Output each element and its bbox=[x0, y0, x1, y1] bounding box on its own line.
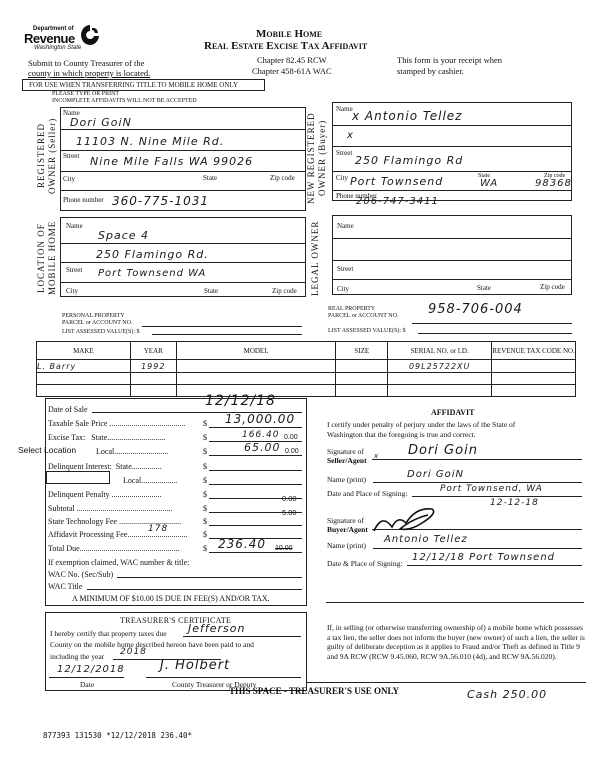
seller-label-line1: REGISTERED bbox=[36, 124, 46, 189]
treasurer-use-only: THIS SPACE - TREASURER'S USE ONLY bbox=[229, 686, 399, 696]
excise-local-value: 65.00 bbox=[244, 441, 281, 454]
exemption-label: If exemption claimed, WAC number & title… bbox=[48, 558, 189, 567]
seller-name-print: Dori GoiN bbox=[407, 469, 464, 480]
legal-owner-section-label: LEGAL OWNER bbox=[310, 218, 330, 298]
submit-note-2: county in which property is located. bbox=[28, 68, 150, 78]
treasurer-year: 2018 bbox=[120, 647, 147, 657]
total-due-label: Total Due...............................… bbox=[48, 544, 180, 553]
treasurer-line3: including the year bbox=[50, 652, 104, 661]
logo-washington-state: Washington State bbox=[34, 45, 81, 51]
col-serial: SERIAL NO. or I.D. bbox=[388, 342, 492, 360]
location-section-label: LOCATION OF MOBILE HOME bbox=[36, 218, 60, 298]
personal-assessed-label: LIST ASSESSED VALUE(S): $ bbox=[62, 329, 140, 335]
col-size: SIZE bbox=[336, 342, 388, 360]
buyer-street-field[interactable]: 250 Flamingo Rd bbox=[355, 154, 463, 167]
col-model: MODEL bbox=[176, 342, 336, 360]
buyer-name-field[interactable]: x Antonio Tellez bbox=[352, 109, 462, 123]
wac-title-label: WAC Title bbox=[48, 582, 82, 591]
receipt-stamp: 877393 131530 *12/12/2018 236.40* bbox=[43, 731, 192, 740]
buyer-name-label: Name bbox=[336, 105, 353, 113]
seller-city-label: City bbox=[63, 175, 75, 183]
delinquent-penalty-label: Delinquent Penalty .....................… bbox=[48, 490, 162, 499]
cell-make[interactable] bbox=[37, 373, 131, 385]
form-title-line2: Real Estate Excise Tax Affidavit bbox=[204, 40, 367, 52]
seller-zip-label: Zip code bbox=[270, 174, 295, 182]
chapter-wac: Chapter 458-61A WAC bbox=[252, 66, 332, 76]
buyer-sig-label: Signature of Buyer/Agent bbox=[327, 516, 368, 534]
legal-city-label: City bbox=[337, 285, 349, 293]
cell-size[interactable] bbox=[336, 373, 388, 385]
logo-revenue: Revenue bbox=[24, 31, 75, 46]
chapter-rcw: Chapter 82.45 RCW bbox=[257, 55, 327, 65]
cell-serial[interactable] bbox=[388, 373, 492, 385]
table-row: L. Barry 1992 09L25722XU bbox=[37, 360, 576, 373]
location-address-field[interactable]: 250 Flamingo Rd. bbox=[96, 248, 209, 261]
date-of-sale-value: 12/12/18 bbox=[205, 393, 276, 409]
treasurer-signature: J. Holbert bbox=[160, 658, 230, 673]
real-property-label: REAL PROPERTY PARCEL or ACCOUNT NO. bbox=[328, 306, 398, 320]
location-street-label: Street bbox=[66, 266, 82, 274]
transfer-banner: FOR USE WHEN TRANSFERRING TITLE TO MOBIL… bbox=[22, 79, 265, 91]
cell-year[interactable] bbox=[130, 373, 176, 385]
legal-name-label: Name bbox=[337, 222, 354, 230]
table-row bbox=[37, 385, 576, 397]
delinquent-local-label: Local.................. bbox=[123, 476, 177, 485]
location-city-label: City bbox=[66, 287, 78, 295]
excise-local-label: Local........................... bbox=[96, 447, 168, 456]
personal-assessed-field[interactable] bbox=[152, 327, 302, 335]
cell-tax-code[interactable] bbox=[492, 385, 576, 397]
personal-property-label: PERSONAL PROPERTY PARCEL or ACCOUNT NO. bbox=[62, 313, 132, 327]
seller-section-label: REGISTERED OWNER (Seller) bbox=[36, 106, 60, 206]
buyer-name2-field[interactable]: x bbox=[347, 130, 354, 141]
buyer-zip-field[interactable]: 98368 bbox=[535, 178, 572, 189]
col-tax-code: REVENUE TAX CODE NO. bbox=[492, 342, 576, 360]
seller-name-field[interactable]: Dori GoiN bbox=[70, 116, 132, 129]
cell-serial[interactable] bbox=[388, 385, 492, 397]
delinquent-interest-state-field[interactable] bbox=[209, 461, 302, 471]
wave-logo-icon bbox=[80, 24, 100, 46]
cell-make[interactable]: L. Barry bbox=[37, 360, 131, 373]
seller-date-place-label: Date and Place of Signing: bbox=[327, 489, 407, 498]
seller-state-label: State bbox=[203, 174, 217, 182]
buyer-name-print-label: Name (print) bbox=[327, 541, 366, 550]
submit-note-1: Submit to County Treasurer of the bbox=[28, 58, 144, 68]
excise-local-printed: 0.00 bbox=[285, 448, 299, 455]
seller-signature: Dori Goin bbox=[408, 443, 478, 458]
seller-address-field[interactable]: 11103 N. Nine Mile Rd. bbox=[76, 135, 224, 148]
cell-year[interactable] bbox=[130, 385, 176, 397]
seller-phone-label: Phone number bbox=[63, 196, 104, 204]
excise-state-value: 166.40 bbox=[242, 430, 280, 440]
taxable-price-label: Taxable Sale Price .....................… bbox=[48, 419, 185, 428]
buyer-date-place-label: Date & Place of Signing: bbox=[327, 559, 402, 568]
seller-place: Port Townsend, WA bbox=[440, 484, 543, 494]
cell-tax-code[interactable] bbox=[492, 373, 576, 385]
seller-name-print-field[interactable] bbox=[373, 473, 582, 483]
dor-logo: Department of Revenue Washington State bbox=[24, 26, 104, 56]
taxable-price-value: 13,000.00 bbox=[225, 412, 295, 426]
legal-state-label: State bbox=[477, 284, 491, 292]
minimum-note: A MINIMUM OF $10.00 IS DUE IN FEE(S) AND… bbox=[72, 594, 270, 603]
receipt-note-2: stamped by cashier. bbox=[397, 66, 464, 76]
cell-year[interactable]: 1992 bbox=[130, 360, 176, 373]
tech-fee-value: 5.00 bbox=[282, 508, 297, 517]
table-row bbox=[37, 373, 576, 385]
total-printed-struck: 10.00 bbox=[275, 545, 293, 552]
legal-owner-box bbox=[332, 215, 572, 295]
seller-city-field[interactable]: Nine Mile Falls WA 99026 bbox=[90, 155, 253, 168]
location-name-label: Name bbox=[66, 222, 83, 230]
lien-notice: If, in selling (or otherwise transferrin… bbox=[327, 623, 585, 661]
buyer-street-label: Street bbox=[336, 149, 352, 157]
location-name-field[interactable]: Space 4 bbox=[98, 229, 149, 242]
treasurer-line1: I hereby certify that property taxes due bbox=[50, 629, 167, 638]
wac-title-field[interactable] bbox=[87, 581, 302, 590]
buyer-date-place: 12/12/18 Port Townsend bbox=[412, 552, 555, 563]
location-zip-label: Zip code bbox=[272, 287, 297, 295]
real-account-value: 958-706-004 bbox=[428, 302, 523, 317]
col-make: MAKE bbox=[37, 342, 131, 360]
seller-name-print-label: Name (print) bbox=[327, 475, 366, 484]
treasurer-date-label: Date bbox=[80, 680, 94, 689]
affidavit-certify-2: Washington that the foregoing is true an… bbox=[327, 430, 476, 439]
cell-make[interactable] bbox=[37, 385, 131, 397]
affidavit-certify-1: I certify under penalty of perjury under… bbox=[327, 420, 515, 429]
receipt-note-1: This form is your receipt when bbox=[397, 55, 502, 65]
seller-sig-label: Signature of Seller/Agent bbox=[327, 447, 367, 465]
buyer-section-label: NEW REGISTERED OWNER (Buyer) bbox=[306, 108, 332, 208]
date-of-sale-label: Date of Sale bbox=[48, 405, 88, 414]
cell-model[interactable] bbox=[176, 360, 336, 373]
location-city-field[interactable]: Port Townsend WA bbox=[98, 268, 206, 279]
location-label-line2: MOBILE HOME bbox=[47, 221, 57, 295]
excise-state-label: Excise Tax: State.......................… bbox=[48, 433, 165, 442]
cell-size[interactable] bbox=[336, 385, 388, 397]
buyer-signature-scribble bbox=[372, 505, 442, 535]
subtotal-label: Subtotal ...............................… bbox=[48, 504, 173, 513]
real-assessed-label: LIST ASSESSED VALUE(S): $ bbox=[328, 328, 406, 334]
location-label-line1: LOCATION OF bbox=[36, 223, 46, 293]
legal-zip-label: Zip code bbox=[540, 283, 565, 291]
subtotal-value: 0.00 bbox=[282, 494, 297, 503]
legal-street-label: Street bbox=[337, 265, 353, 273]
treasurer-line2: County on the mobile home described here… bbox=[50, 640, 254, 649]
buyer-label-line1: NEW REGISTERED bbox=[306, 112, 316, 204]
type-print-note: PLEASE TYPE OR PRINT bbox=[52, 91, 119, 97]
buyer-label-line2: OWNER (Buyer) bbox=[317, 120, 327, 196]
cash-note: Cash 250.00 bbox=[467, 688, 547, 701]
cell-model[interactable] bbox=[176, 373, 336, 385]
real-assessed-field[interactable] bbox=[418, 326, 572, 334]
processing-note: 178 bbox=[148, 524, 168, 534]
location-state-label: State bbox=[204, 287, 218, 295]
real-property-line2: PARCEL or ACCOUNT NO. bbox=[328, 313, 398, 320]
select-location-dropdown[interactable]: Select Location bbox=[18, 445, 76, 455]
affidavit-title: AFFIDAVIT bbox=[431, 408, 474, 417]
buyer-name-print: Antonio Tellez bbox=[384, 534, 468, 545]
form-title-line1: Mobile Home bbox=[256, 28, 322, 40]
delinquent-interest-local-field[interactable] bbox=[209, 475, 302, 485]
mobile-home-table: MAKE YEAR MODEL SIZE SERIAL NO. or I.D. … bbox=[36, 341, 576, 397]
total-due-value: 236.40 bbox=[218, 537, 266, 551]
buyer-city-label: City bbox=[336, 174, 348, 182]
buyer-phone-field[interactable]: 206-747-3411 bbox=[356, 196, 439, 207]
wac-no-label: WAC No. (Sec/Sub) bbox=[48, 570, 113, 579]
real-property-line1: REAL PROPERTY bbox=[328, 306, 398, 313]
personal-property-line1: PERSONAL PROPERTY bbox=[62, 313, 132, 320]
seller-street-label: Street bbox=[63, 152, 79, 160]
cell-serial[interactable]: 09L25722XU bbox=[388, 360, 492, 373]
col-year: YEAR bbox=[130, 342, 176, 360]
incomplete-note: INCOMPLETE AFFIDAVITS WILL NOT BE ACCEPT… bbox=[52, 98, 197, 104]
wac-no-field[interactable] bbox=[117, 569, 302, 578]
buyer-state-field[interactable]: WA bbox=[480, 178, 498, 189]
delinquent-interest-label: Delinquent Interest: State..............… bbox=[48, 462, 162, 471]
cell-tax-code[interactable] bbox=[492, 360, 576, 373]
location-select-box[interactable] bbox=[46, 471, 110, 484]
excise-state-printed: 0.00 bbox=[284, 434, 298, 441]
treasurer-date: 12/12/2018 bbox=[57, 664, 125, 675]
cell-size[interactable] bbox=[336, 360, 388, 373]
personal-property-line2: PARCEL or ACCOUNT NO. bbox=[62, 320, 132, 327]
seller-date: 12-12-18 bbox=[490, 498, 539, 508]
personal-account-field[interactable] bbox=[142, 318, 302, 327]
seller-phone-field[interactable]: 360-775-1031 bbox=[112, 194, 209, 208]
treasurer-county: Jefferson bbox=[188, 622, 245, 635]
tech-fee-field[interactable] bbox=[209, 516, 302, 526]
seller-label-line2: OWNER (Seller) bbox=[47, 118, 57, 194]
buyer-city-field[interactable]: Port Townsend bbox=[350, 175, 443, 188]
